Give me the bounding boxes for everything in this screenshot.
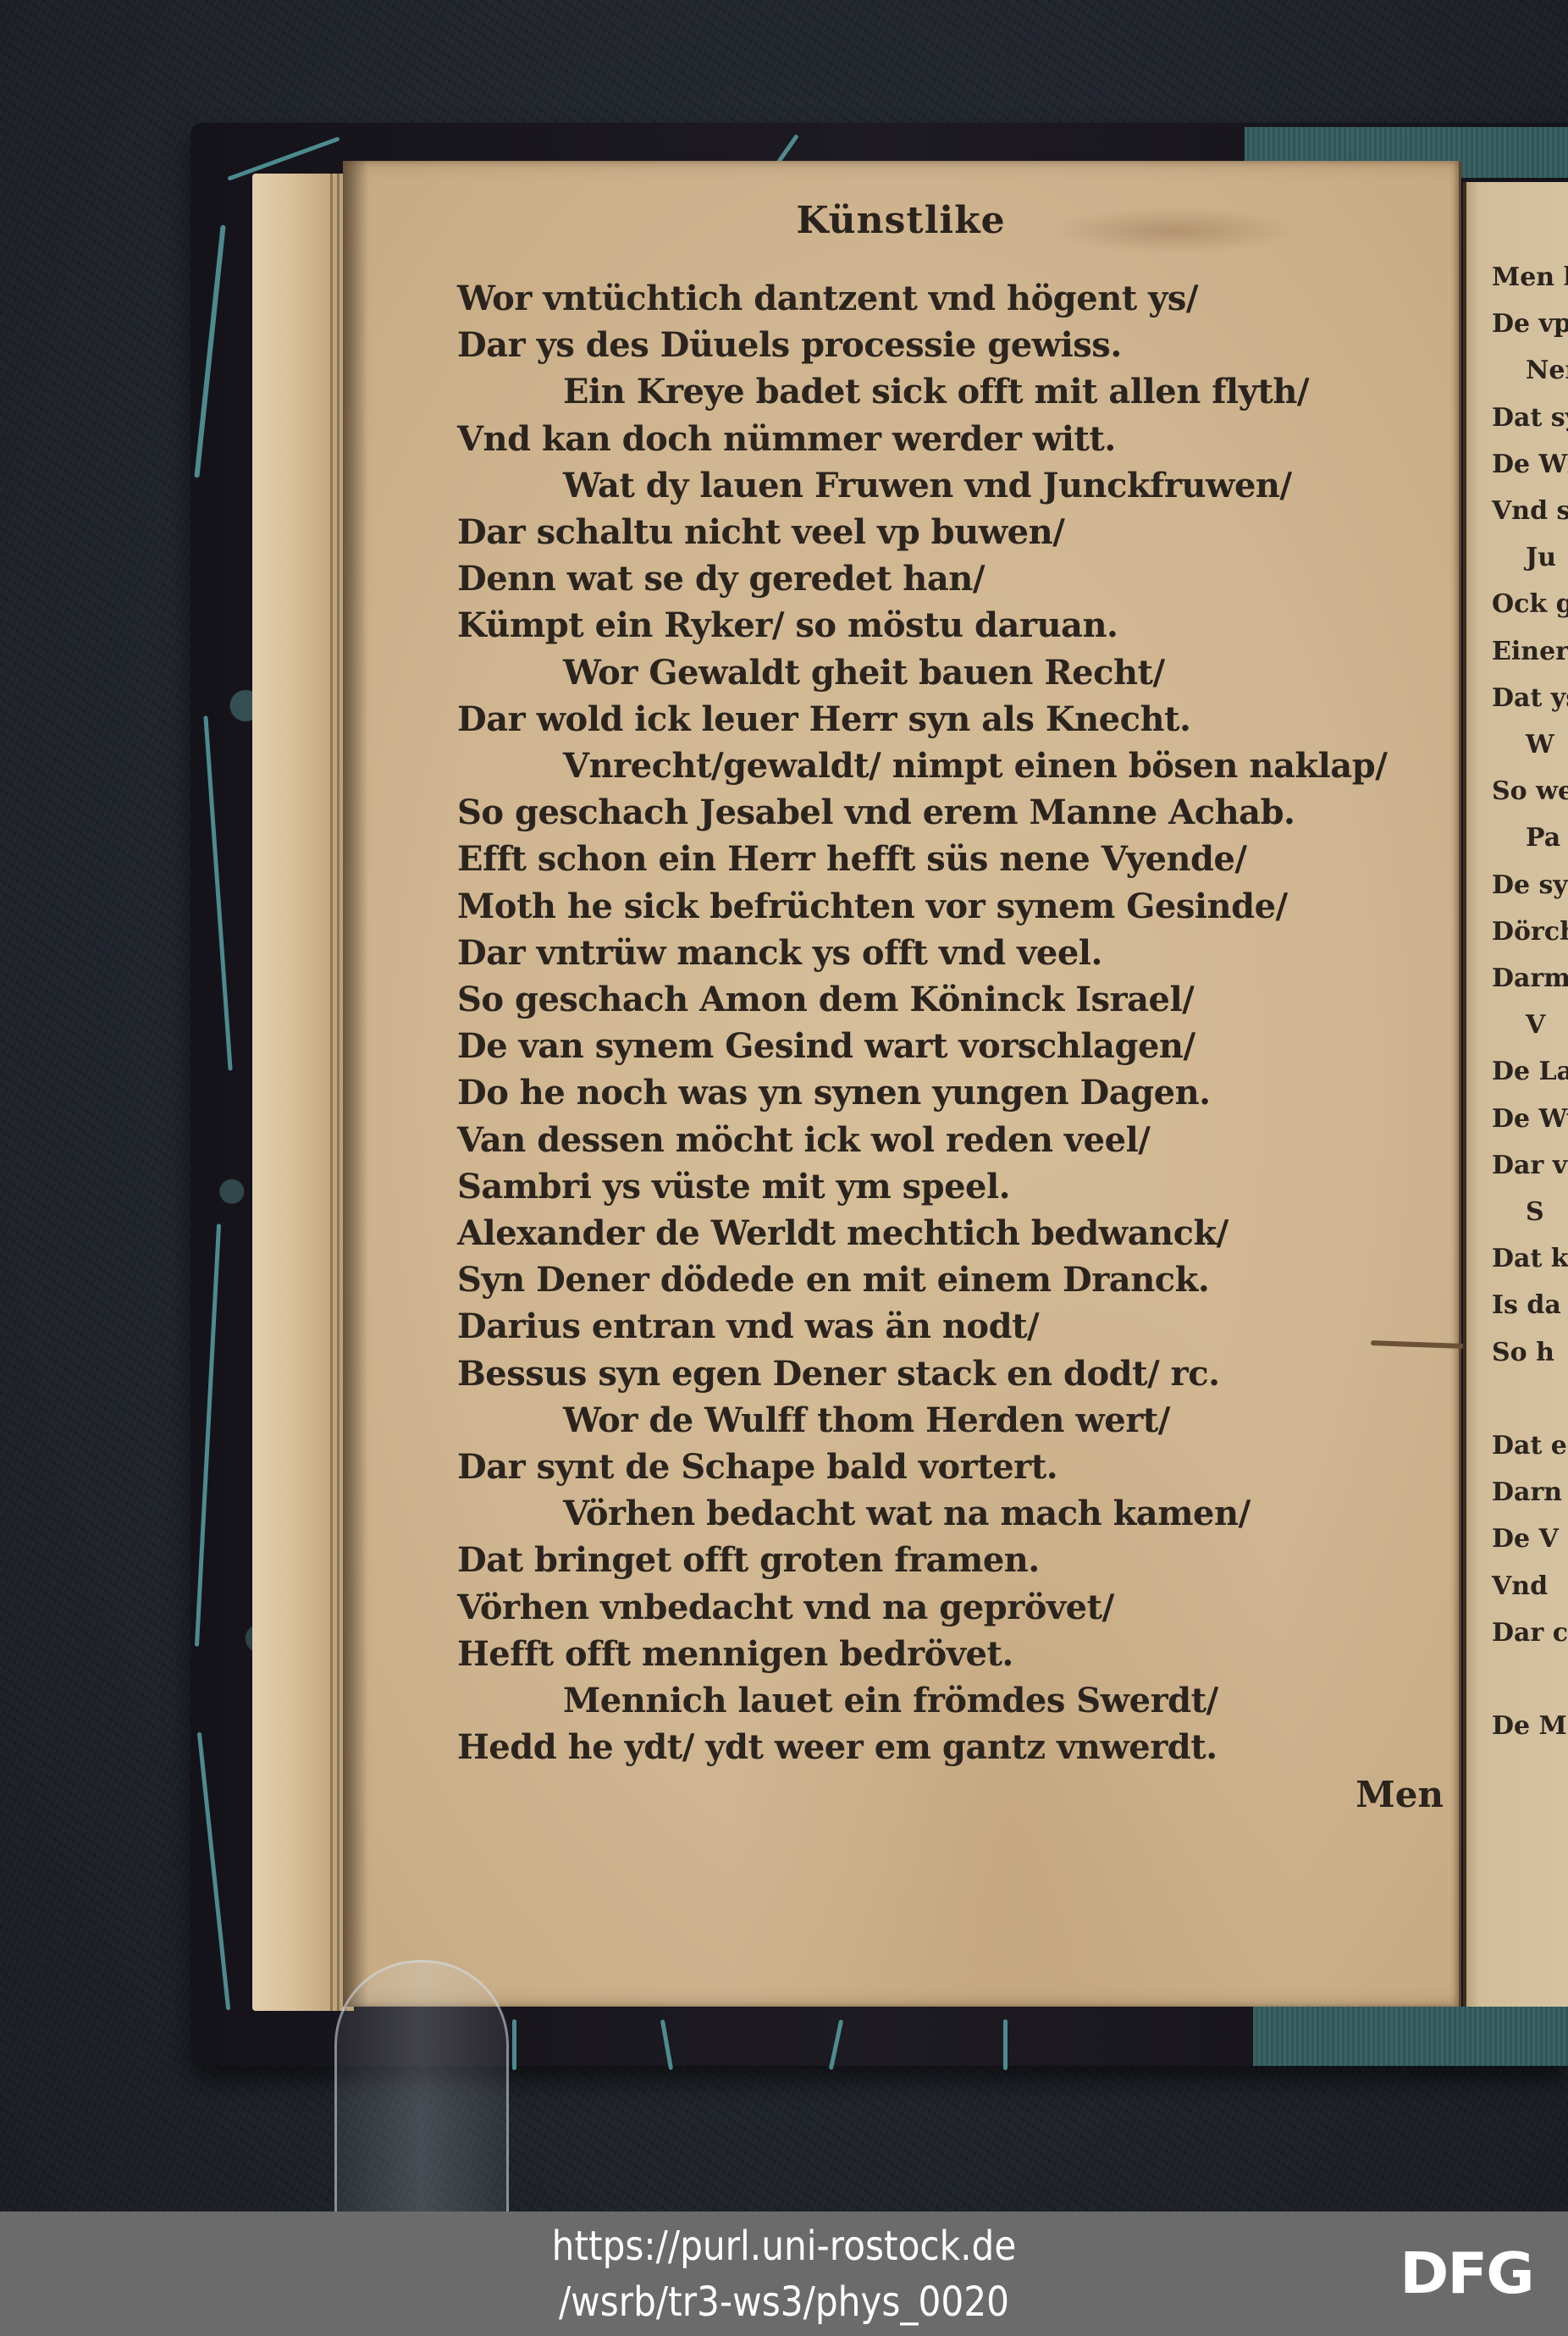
verse-line: Dar synt de Schape bald vortert.: [457, 1444, 1431, 1490]
facing-line: Dat ka: [1492, 1235, 1568, 1282]
verse-line: Vnrecht/gewaldt/ nimpt einen bösen nakla…: [457, 743, 1431, 789]
facing-line: Nen: [1492, 347, 1568, 394]
left-page: Künstlike Wor vntüchtich dantzent vnd hö…: [343, 161, 1461, 2007]
plastic-page-clip: [334, 1960, 509, 2217]
verse-line: Dar ys des Düuels processie gewiss.: [457, 322, 1431, 368]
facing-line: Dörch e: [1492, 908, 1568, 955]
facing-line: De La: [1492, 1048, 1568, 1095]
verse-line: Wor vntüchtich dantzent vnd högent ys/: [457, 275, 1431, 322]
verse-line: Vörhen bedacht wat na mach kamen/: [457, 1490, 1431, 1537]
facing-line: V: [1492, 1002, 1568, 1048]
marbling-vein: [1003, 2019, 1008, 2070]
facing-line: De synt: [1492, 862, 1568, 908]
url-line-2: /wsrb/tr3-ws3/phys_0020: [94, 2274, 1474, 2330]
verse-line: Syn Dener dödede en mit einem Dranck.: [457, 1256, 1431, 1303]
facing-line: Dar vo: [1492, 1142, 1568, 1189]
facing-line: W: [1492, 721, 1568, 768]
verse-line: So geschach Amon dem Köninck Israel/: [457, 976, 1431, 1023]
facing-line: S: [1492, 1189, 1568, 1235]
gutter-shadow: [343, 161, 368, 2007]
facing-line: Pa: [1492, 815, 1568, 861]
verse-line: Van dessen möcht ick wol reden veel/: [457, 1117, 1431, 1163]
verse-line: Kümpt ein Ryker/ so möstu daruan.: [457, 602, 1431, 649]
verse-line: So geschach Jesabel vnd erem Manne Achab…: [457, 789, 1431, 836]
verse-line: Do he noch was yn synen yungen Dagen.: [457, 1069, 1431, 1116]
facing-line: De Wy: [1492, 1096, 1568, 1142]
facing-line: So h: [1492, 1329, 1568, 1376]
marbling-vein: [195, 1223, 221, 1647]
verse-line: Wat dy lauen Fruwen vnd Junckfruwen/: [457, 462, 1431, 509]
verse-line: Denn wat se dy geredet han/: [457, 555, 1431, 602]
verse-line: Hefft offt mennigen bedrövet.: [457, 1631, 1431, 1677]
catchword: Men: [1355, 1774, 1444, 1815]
verse-line: Ein Kreye badet sick offt mit allen flyt…: [457, 368, 1431, 415]
marbling-vein: [829, 2019, 843, 2070]
verse-line: Dar vntrüw manck ys offt vnd veel.: [457, 930, 1431, 976]
facing-line: Dat syn G: [1492, 395, 1568, 441]
verse-line: Vnd kan doch nümmer werder witt.: [457, 416, 1431, 462]
facing-line: Vnd: [1492, 1563, 1568, 1610]
marbling-vein: [660, 2019, 673, 2070]
verse-line: Efft schon ein Herr hefft süs nene Vyend…: [457, 836, 1431, 882]
facing-page-fragment: Men laue De vp Er Nen Dat syn G De Wind …: [1463, 182, 1568, 2007]
verse-line: Dar schaltu nicht veel vp buwen/: [457, 509, 1431, 555]
facing-line-blank: [1492, 1376, 1568, 1422]
facing-line: So wert: [1492, 768, 1568, 815]
verse-line: Mennich lauet ein frömdes Swerdt/: [457, 1677, 1431, 1724]
verse-line: Wor Gewaldt gheit bauen Recht/: [457, 649, 1431, 696]
verse-line: Dar wold ick leuer Herr syn als Knecht.: [457, 696, 1431, 743]
spine-cloth-bottom: [1253, 2007, 1568, 2066]
facing-line: Dar c: [1492, 1610, 1568, 1656]
verse-line: Bessus syn egen Dener stack en dodt/ rc.: [457, 1350, 1431, 1397]
verse-line: Darius entran vnd was än nodt/: [457, 1303, 1431, 1350]
facing-line: Darmi: [1492, 955, 1568, 1002]
facing-line-blank: [1492, 1656, 1568, 1703]
facing-line: Dat ys le: [1492, 675, 1568, 721]
verse-line: Vörhen vnbedacht vnd na geprövet/: [457, 1584, 1431, 1631]
facing-line: Darn: [1492, 1469, 1568, 1516]
facing-line: Einer la: [1492, 628, 1568, 675]
facing-line: De V: [1492, 1516, 1568, 1562]
facing-page-text: Men laue De vp Er Nen Dat syn G De Wind …: [1492, 254, 1568, 1749]
page-block-edges: [252, 174, 354, 2011]
running-head: Künstlike: [343, 199, 1459, 242]
verse-text-block: Wor vntüchtich dantzent vnd högent ys/ D…: [457, 275, 1431, 1771]
facing-line: Is da: [1492, 1282, 1568, 1328]
verse-line: Wor de Wulff thom Herden wert/: [457, 1397, 1431, 1444]
facing-line: Men laue: [1492, 254, 1568, 301]
marbling-vein: [512, 2019, 516, 2070]
verse-line: Alexander de Werldt mechtich bedwanck/: [457, 1210, 1431, 1256]
url-line-1: https://purl.uni-rostock.de: [94, 2218, 1474, 2274]
facing-line: De vp Er: [1492, 301, 1568, 347]
page-edge-line: [330, 174, 333, 2011]
verse-line: De van synem Gesind wart vorschlagen/: [457, 1023, 1431, 1069]
marbling-vein: [197, 1732, 230, 2011]
verse-line: Dat bringet offt groten framen.: [457, 1537, 1431, 1583]
marbling-vein: [203, 715, 232, 1070]
footer-bar: https://purl.uni-rostock.de /wsrb/tr3-ws…: [0, 2212, 1568, 2336]
verse-line: Sambri ys vüste mit ym speel.: [457, 1163, 1431, 1210]
facing-line: Vnd schle: [1492, 488, 1568, 534]
facing-line: De M: [1492, 1703, 1568, 1749]
marbling-vein: [194, 225, 225, 478]
verse-line: Moth he sick befrüchten vor synem Gesind…: [457, 883, 1431, 930]
facing-line: Ock gude: [1492, 581, 1568, 627]
facing-line: De Wind: [1492, 441, 1568, 488]
verse-line: Hedd he ydt/ ydt weer em gantz vnwerdt.: [457, 1724, 1431, 1770]
page-edge-line: [337, 174, 340, 2011]
facing-line: Ju: [1492, 534, 1568, 581]
facing-line: Dat e: [1492, 1422, 1568, 1469]
persistent-url[interactable]: https://purl.uni-rostock.de /wsrb/tr3-ws…: [94, 2218, 1474, 2330]
dfg-logo: DFG: [1386, 2249, 1547, 2299]
